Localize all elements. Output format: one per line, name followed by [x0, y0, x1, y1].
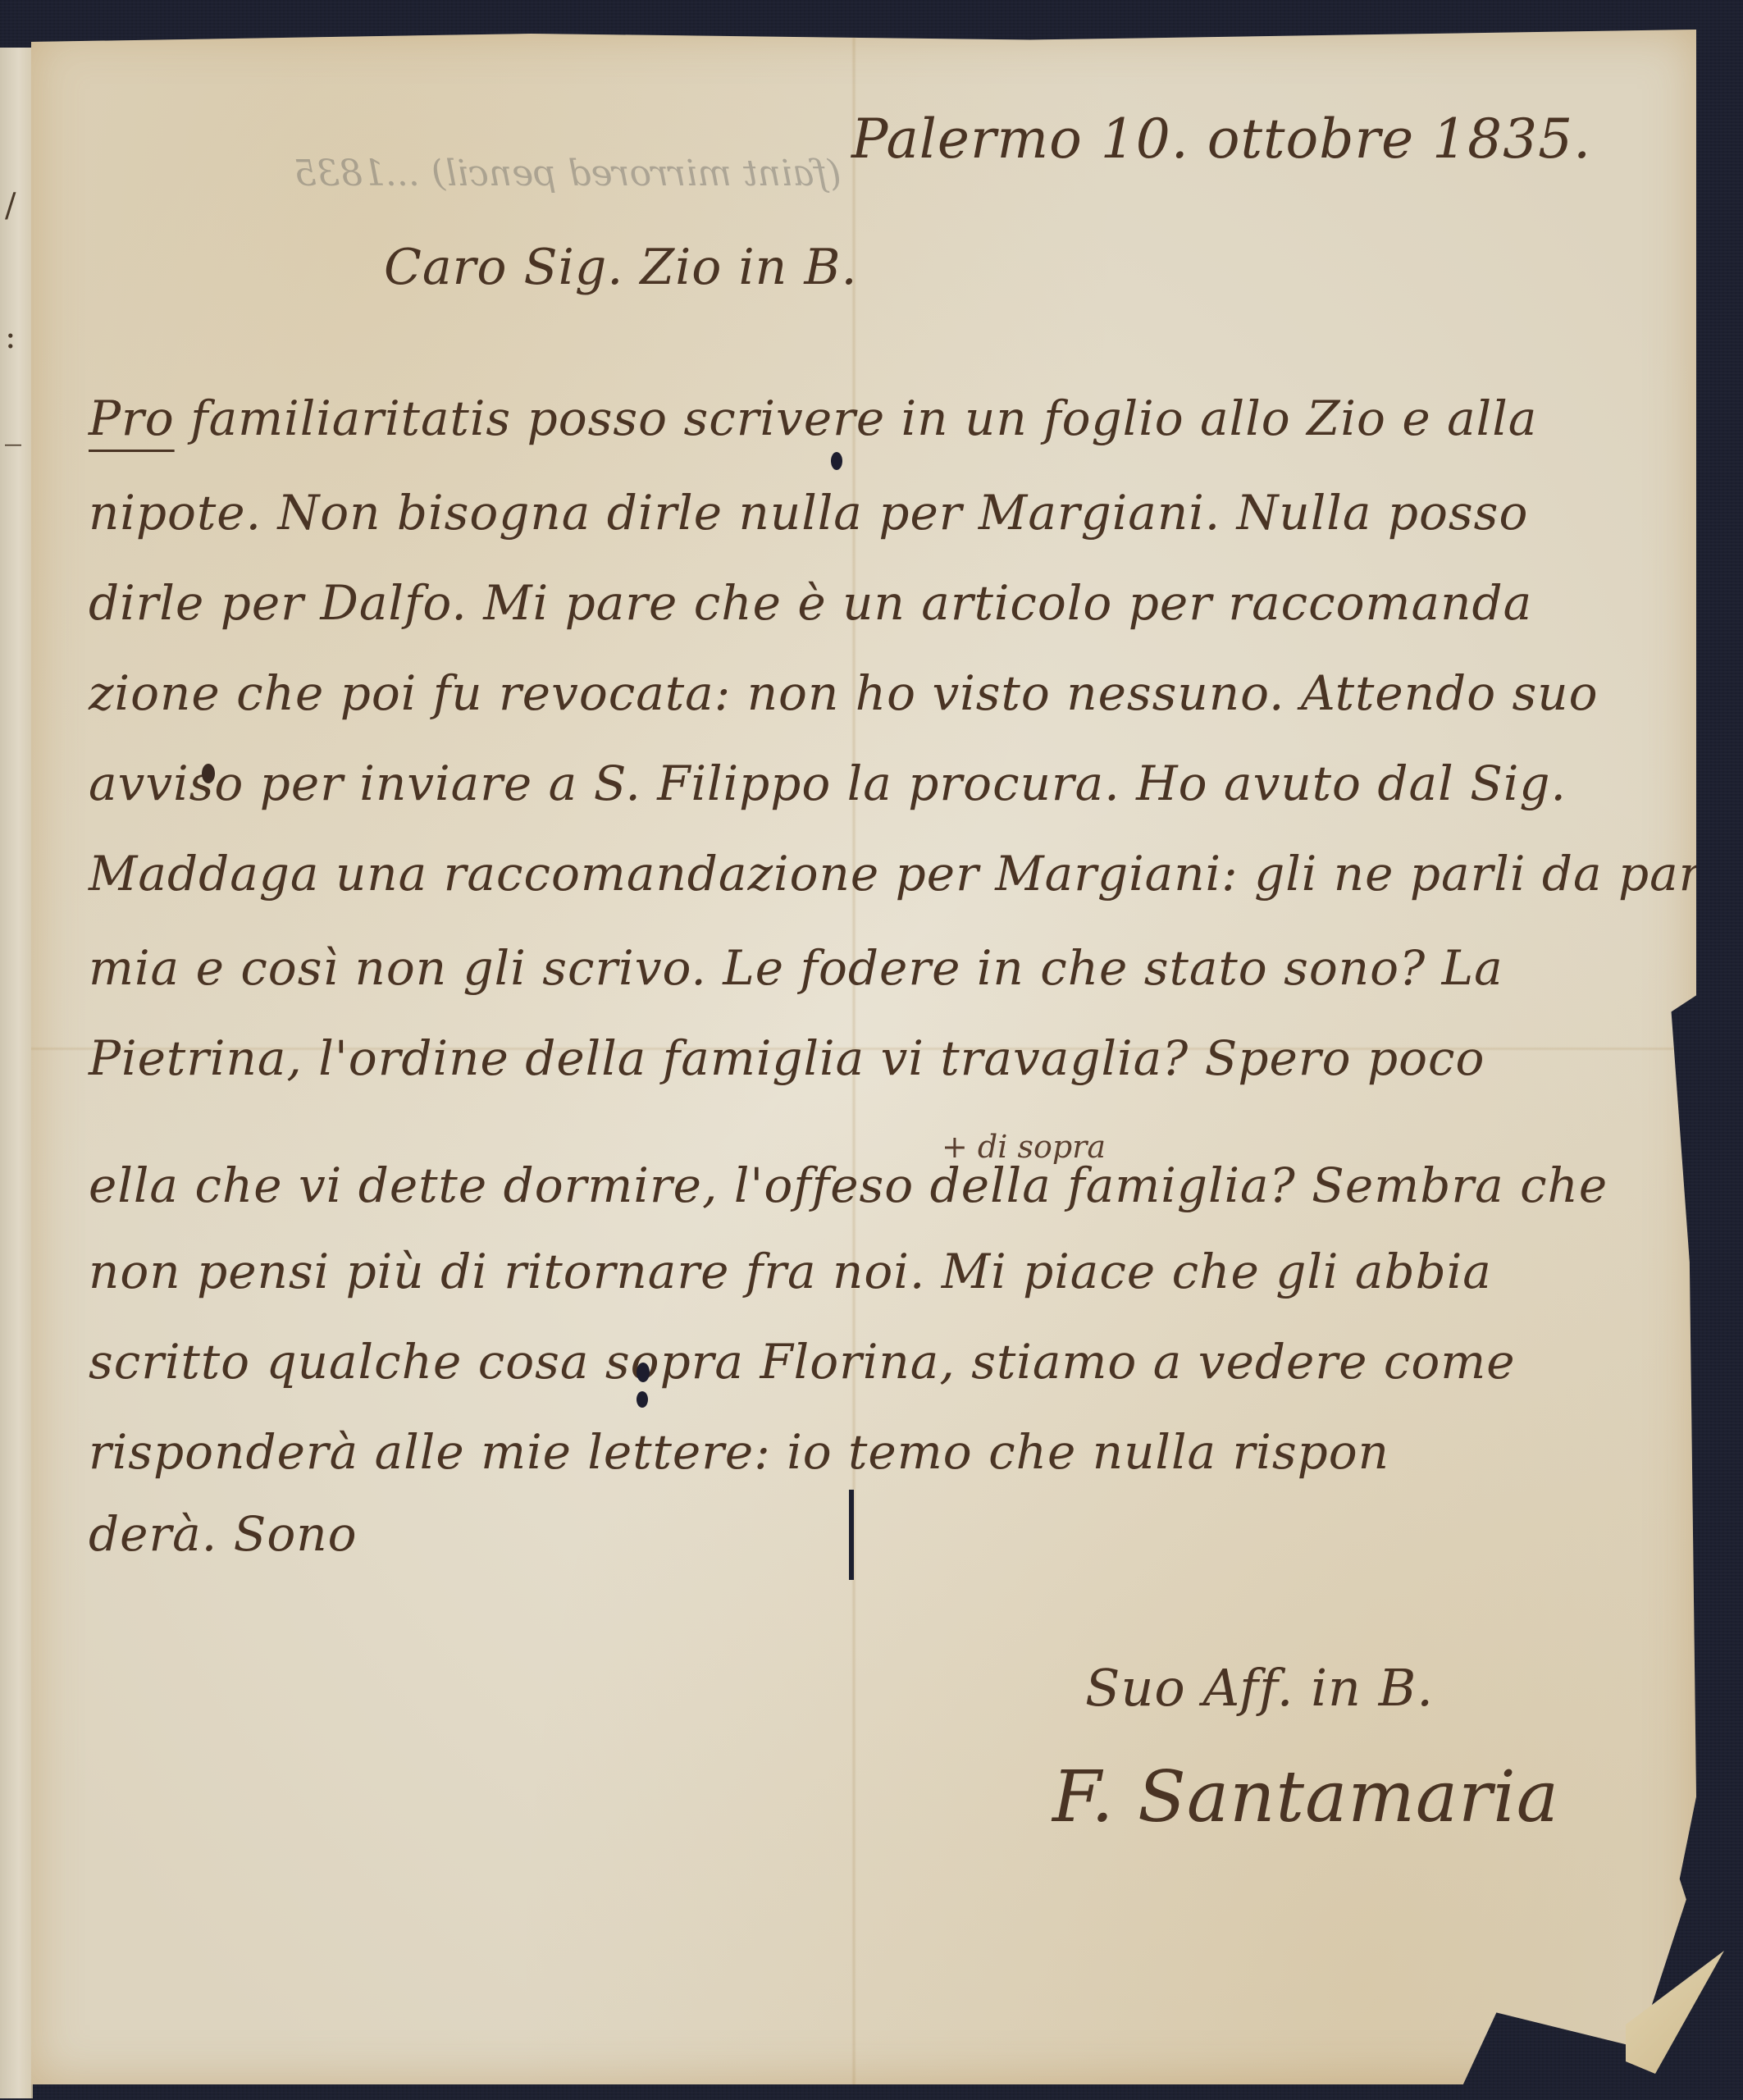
salutation: Caro Sig. Zio in B. — [384, 239, 858, 296]
previous-page-edge: / : _ — [0, 48, 33, 2098]
edge-ink-mark: : — [5, 318, 16, 356]
edge-ink-mark: _ — [5, 409, 21, 446]
place-date: Palermo 10. ottobre 1835. — [851, 107, 1591, 171]
edge-ink-mark: / — [5, 187, 16, 225]
letter-line: dirle per Dalfo. Mi pare che è un artico… — [89, 575, 1532, 631]
letter-line: Maddaga una raccomandazione per Margiani… — [89, 846, 1743, 902]
letter-line: zione che poi fu revocata: non ho visto … — [89, 665, 1599, 721]
letter-line: Pro familiaritatis posso scrivere in un … — [89, 390, 1537, 446]
letter-line: ella che vi dette dormire, l'offeso dell… — [89, 1157, 1608, 1213]
signature: F. Santamaria — [1052, 1756, 1559, 1838]
letter-line: avviso per inviare a S. Filippo la procu… — [89, 756, 1567, 811]
letter-line: risponderà alle mie lettere: io temo che… — [89, 1424, 1389, 1480]
ink-blot — [202, 764, 215, 783]
letter-line: nipote. Non bisogna dirle nulla per Marg… — [89, 485, 1528, 541]
letter-page: (faint mirrored pencil) ...1835 Palermo … — [31, 30, 1696, 2084]
closing: Suo Aff. in B. — [1085, 1658, 1434, 1718]
letter-line: non pensi più di ritornare fra noi. Mi p… — [89, 1244, 1492, 1299]
pencil-note: (faint mirrored pencil) ...1835 — [294, 153, 842, 194]
letter-line: derà. Sono — [89, 1506, 358, 1562]
letter-line: Pietrina, l'ordine della famiglia vi tra… — [89, 1030, 1485, 1086]
ink-blot — [637, 1391, 648, 1408]
letter-line: scritto qualche cosa sopra Florina, stia… — [89, 1334, 1516, 1390]
letter-line: mia e così non gli scrivo. Le fodere in … — [89, 940, 1503, 996]
paper-tear — [849, 1490, 854, 1580]
ink-blot — [637, 1363, 650, 1382]
ink-blot — [831, 452, 842, 470]
